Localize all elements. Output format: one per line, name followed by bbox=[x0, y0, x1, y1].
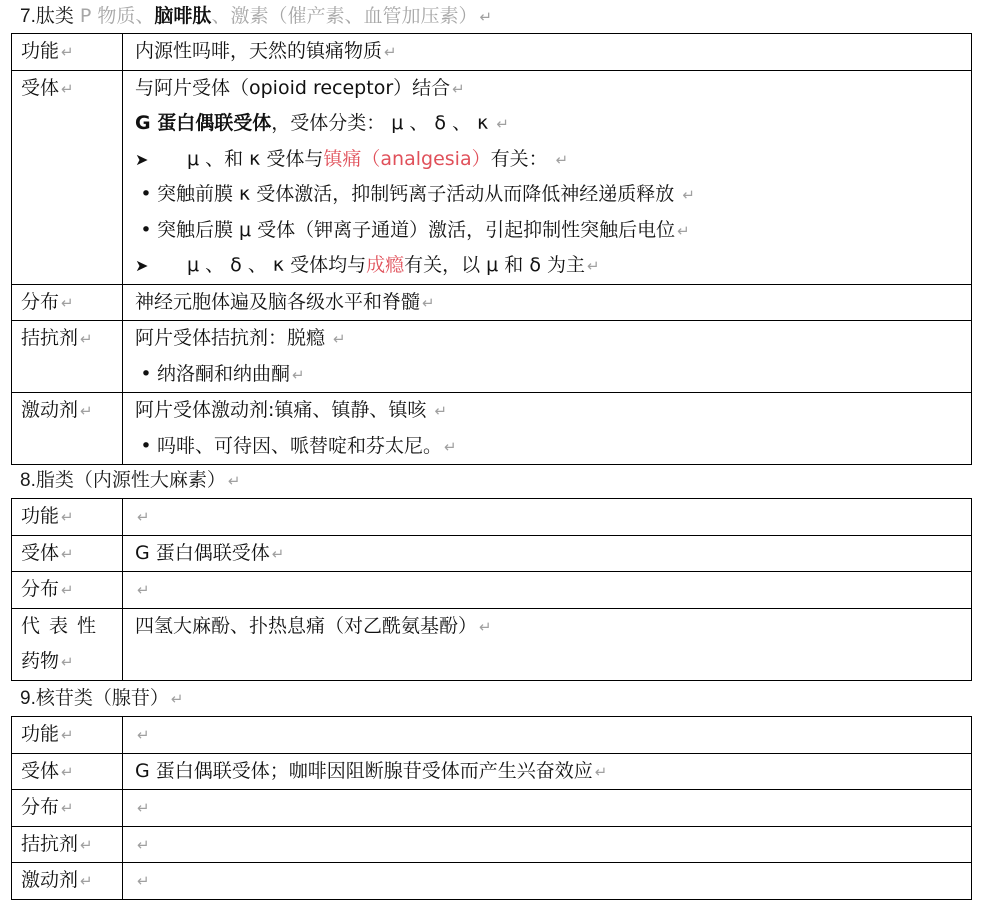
nucleoside-table: 功能↵ ↵ 受体↵ G 蛋白偶联受体；咖啡因阻断腺苷受体而产生兴奋效应↵ 分布↵… bbox=[11, 716, 972, 900]
content-text: 有关： bbox=[491, 148, 554, 170]
row-content-function: ↵ bbox=[123, 499, 972, 536]
row-label-receptor: 受体↵ bbox=[12, 70, 123, 284]
arrow-bullet-icon: ➤ bbox=[135, 248, 187, 283]
row-label-agonist: 激动剂↵ bbox=[12, 393, 123, 465]
content-line: •突触后膜 μ 受体（钾离子通道）激活，引起抑制性突触后电位↵ bbox=[135, 213, 971, 249]
dot-bullet-icon: • bbox=[135, 177, 157, 212]
table-row: 拮抗剂↵ 阿片受体拮抗剂：脱瘾 ↵ •纳洛酮和纳曲酮↵ bbox=[12, 321, 972, 393]
row-label-function: 功能↵ bbox=[12, 34, 123, 71]
paragraph-mark-icon: ↵ bbox=[61, 763, 74, 781]
heading-gray-text: P 物质、 bbox=[74, 5, 155, 27]
bold-text: G 蛋白偶联受体 bbox=[135, 112, 271, 134]
content-text: μ 、 δ 、 κ 受体均与 bbox=[187, 254, 366, 276]
section-title: 肽类 bbox=[36, 5, 74, 27]
section-9-heading: 9.核苷类（腺苷）↵ bbox=[20, 685, 183, 712]
content-line: 与阿片受体（opioid receptor）结合↵ bbox=[135, 71, 971, 107]
row-content-distribution: ↵ bbox=[123, 790, 972, 827]
section-title: 脂类（内源性大麻素） bbox=[36, 469, 226, 491]
row-label-function: 功能↵ bbox=[12, 499, 123, 536]
label-text: 受体 bbox=[21, 760, 59, 782]
content-text: 与阿片受体（opioid receptor）结合 bbox=[135, 77, 450, 99]
row-content-function: 内源性吗啡，天然的镇痛物质↵ bbox=[123, 34, 972, 71]
content-text: 阿片受体激动剂:镇痛、镇静、镇咳 bbox=[135, 399, 432, 421]
table-row: 分布↵ ↵ bbox=[12, 572, 972, 609]
dot-bullet-icon: • bbox=[135, 429, 157, 464]
row-label-representative-drugs: 代表性 药物↵ bbox=[12, 608, 123, 680]
row-content-distribution: ↵ bbox=[123, 572, 972, 609]
section-number: 7. bbox=[20, 6, 36, 27]
paragraph-mark-icon: ↵ bbox=[61, 799, 74, 817]
paragraph-mark-icon: ↵ bbox=[444, 438, 457, 456]
section-number: 9. bbox=[20, 688, 36, 709]
paragraph-mark-icon: ↵ bbox=[587, 257, 600, 275]
row-content-antagonist: 阿片受体拮抗剂：脱瘾 ↵ •纳洛酮和纳曲酮↵ bbox=[123, 321, 972, 393]
paragraph-mark-icon: ↵ bbox=[479, 618, 492, 636]
paragraph-mark-icon: ↵ bbox=[228, 472, 241, 490]
paragraph-mark-icon: ↵ bbox=[61, 80, 74, 98]
content-text: 阿片受体拮抗剂：脱瘾 bbox=[135, 327, 331, 349]
label-text: 功能 bbox=[21, 505, 59, 527]
lipid-table: 功能↵ ↵ 受体↵ G 蛋白偶联受体↵ 分布↵ ↵ 代表性 药物↵ 四氢大麻酚、… bbox=[11, 498, 972, 681]
label-text: 激动剂 bbox=[21, 399, 78, 421]
paragraph-mark-icon: ↵ bbox=[80, 872, 93, 890]
label-text: 受体 bbox=[21, 77, 59, 99]
content-text: 内源性吗啡，天然的镇痛物质 bbox=[135, 40, 382, 62]
paragraph-mark-icon: ↵ bbox=[61, 294, 74, 312]
section-title: 核苷类（腺苷） bbox=[36, 687, 169, 709]
row-content-agonist: ↵ bbox=[123, 863, 972, 900]
paragraph-mark-icon: ↵ bbox=[434, 402, 447, 420]
paragraph-mark-icon: ↵ bbox=[137, 836, 150, 854]
paragraph-mark-icon: ↵ bbox=[556, 151, 569, 169]
table-row: 受体↵ 与阿片受体（opioid receptor）结合↵ G 蛋白偶联受体，受… bbox=[12, 70, 972, 284]
row-content-receptor: 与阿片受体（opioid receptor）结合↵ G 蛋白偶联受体，受体分类：… bbox=[123, 70, 972, 284]
table-row: 受体↵ G 蛋白偶联受体↵ bbox=[12, 535, 972, 572]
paragraph-mark-icon: ↵ bbox=[496, 115, 509, 133]
content-text: G 蛋白偶联受体 bbox=[135, 542, 270, 564]
label-text: 分布 bbox=[21, 578, 59, 600]
paragraph-mark-icon: ↵ bbox=[479, 8, 492, 26]
row-label-function: 功能↵ bbox=[12, 717, 123, 754]
label-text: 激动剂 bbox=[21, 869, 78, 891]
content-line: ➤μ 、 δ 、 κ 受体均与成瘾有关，以 μ 和 δ 为主↵ bbox=[135, 248, 971, 284]
content-text: 吗啡、可待因、哌替啶和芬太尼。 bbox=[157, 435, 442, 457]
row-content-representative-drugs: 四氢大麻酚、扑热息痛（对乙酰氨基酚）↵ bbox=[123, 608, 972, 680]
table-row: 分布↵ ↵ bbox=[12, 790, 972, 827]
content-text: G 蛋白偶联受体；咖啡因阻断腺苷受体而产生兴奋效应 bbox=[135, 760, 593, 782]
paragraph-mark-icon: ↵ bbox=[137, 799, 150, 817]
content-line: •吗啡、可待因、哌替啶和芬太尼。↵ bbox=[135, 429, 971, 465]
section-8-heading: 8.脂类（内源性大麻素）↵ bbox=[20, 467, 240, 494]
row-content-agonist: 阿片受体激动剂:镇痛、镇静、镇咳 ↵ •吗啡、可待因、哌替啶和芬太尼。↵ bbox=[123, 393, 972, 465]
content-text: 纳洛酮和纳曲酮 bbox=[157, 363, 290, 385]
content-text: 突触前膜 κ 受体激活，抑制钙离子活动从而降低神经递质释放 bbox=[157, 183, 680, 205]
dot-bullet-icon: • bbox=[135, 213, 157, 248]
paragraph-mark-icon: ↵ bbox=[422, 294, 435, 312]
highlight-text: 镇痛（analgesia） bbox=[323, 148, 490, 170]
paragraph-mark-icon: ↵ bbox=[137, 508, 150, 526]
row-label-distribution: 分布↵ bbox=[12, 572, 123, 609]
label-text: 拮抗剂 bbox=[21, 833, 78, 855]
row-label-distribution: 分布↵ bbox=[12, 790, 123, 827]
content-text: 突触后膜 μ 受体（钾离子通道）激活，引起抑制性突触后电位 bbox=[157, 219, 675, 241]
row-label-receptor: 受体↵ bbox=[12, 535, 123, 572]
paragraph-mark-icon: ↵ bbox=[61, 726, 74, 744]
dot-bullet-icon: • bbox=[135, 357, 157, 392]
table-row: 激动剂↵ ↵ bbox=[12, 863, 972, 900]
row-content-function: ↵ bbox=[123, 717, 972, 754]
row-content-receptor: G 蛋白偶联受体；咖啡因阻断腺苷受体而产生兴奋效应↵ bbox=[123, 753, 972, 790]
content-text: 有关，以 μ 和 δ 为主 bbox=[404, 254, 585, 276]
row-content-distribution: 神经元胞体遍及脑各级水平和脊髓↵ bbox=[123, 284, 972, 321]
content-line: 阿片受体激动剂:镇痛、镇静、镇咳 ↵ bbox=[135, 393, 971, 429]
row-label-receptor: 受体↵ bbox=[12, 753, 123, 790]
paragraph-mark-icon: ↵ bbox=[677, 222, 690, 240]
content-line: ➤μ 、和 κ 受体与镇痛（analgesia）有关： ↵ bbox=[135, 142, 971, 178]
content-text: 四氢大麻酚、扑热息痛（对乙酰氨基酚） bbox=[135, 615, 477, 637]
paragraph-mark-icon: ↵ bbox=[61, 581, 74, 599]
row-label-agonist: 激动剂↵ bbox=[12, 863, 123, 900]
label-text: 药物 bbox=[21, 650, 59, 672]
content-line: 阿片受体拮抗剂：脱瘾 ↵ bbox=[135, 321, 971, 357]
row-label-distribution: 分布↵ bbox=[12, 284, 123, 321]
paragraph-mark-icon: ↵ bbox=[384, 43, 397, 61]
paragraph-mark-icon: ↵ bbox=[137, 726, 150, 744]
paragraph-mark-icon: ↵ bbox=[171, 690, 184, 708]
table-row: 功能↵ ↵ bbox=[12, 717, 972, 754]
paragraph-mark-icon: ↵ bbox=[137, 872, 150, 890]
paragraph-mark-icon: ↵ bbox=[292, 366, 305, 384]
content-line: •突触前膜 κ 受体激活，抑制钙离子活动从而降低神经递质释放 ↵ bbox=[135, 177, 971, 213]
label-text: 受体 bbox=[21, 542, 59, 564]
paragraph-mark-icon: ↵ bbox=[61, 653, 74, 671]
paragraph-mark-icon: ↵ bbox=[137, 581, 150, 599]
paragraph-mark-icon: ↵ bbox=[80, 836, 93, 854]
paragraph-mark-icon: ↵ bbox=[61, 508, 74, 526]
content-line: •纳洛酮和纳曲酮↵ bbox=[135, 357, 971, 393]
row-label-antagonist: 拮抗剂↵ bbox=[12, 321, 123, 393]
table-row: 功能↵ ↵ bbox=[12, 499, 972, 536]
table-row: 激动剂↵ 阿片受体激动剂:镇痛、镇静、镇咳 ↵ •吗啡、可待因、哌替啶和芬太尼。… bbox=[12, 393, 972, 465]
paragraph-mark-icon: ↵ bbox=[80, 330, 93, 348]
section-7-heading: 7.肽类 P 物质、脑啡肽、激素（催产素、血管加压素）↵ bbox=[20, 3, 492, 30]
paragraph-mark-icon: ↵ bbox=[80, 402, 93, 420]
label-text: 分布 bbox=[21, 796, 59, 818]
label-text: 功能 bbox=[21, 40, 59, 62]
paragraph-mark-icon: ↵ bbox=[682, 186, 695, 204]
table-row: 功能↵ 内源性吗啡，天然的镇痛物质↵ bbox=[12, 34, 972, 71]
table-row: 拮抗剂↵ ↵ bbox=[12, 826, 972, 863]
paragraph-mark-icon: ↵ bbox=[452, 80, 465, 98]
heading-gray-text: 、激素（催产素、血管加压素） bbox=[211, 5, 477, 27]
content-text: 神经元胞体遍及脑各级水平和脊髓 bbox=[135, 291, 420, 313]
paragraph-mark-icon: ↵ bbox=[333, 330, 346, 348]
label-text: 分布 bbox=[21, 291, 59, 313]
content-text: μ 、和 κ 受体与 bbox=[187, 148, 323, 170]
peptide-table: 功能↵ 内源性吗啡，天然的镇痛物质↵ 受体↵ 与阿片受体（opioid rece… bbox=[11, 33, 972, 465]
label-text: 功能 bbox=[21, 723, 59, 745]
paragraph-mark-icon: ↵ bbox=[61, 545, 74, 563]
highlight-text: 成瘾 bbox=[366, 254, 404, 276]
paragraph-mark-icon: ↵ bbox=[272, 545, 285, 563]
paragraph-mark-icon: ↵ bbox=[61, 43, 74, 61]
row-content-antagonist: ↵ bbox=[123, 826, 972, 863]
table-row: 受体↵ G 蛋白偶联受体；咖啡因阻断腺苷受体而产生兴奋效应↵ bbox=[12, 753, 972, 790]
heading-bold-text: 脑啡肽 bbox=[154, 5, 211, 27]
table-row: 分布↵ 神经元胞体遍及脑各级水平和脊髓↵ bbox=[12, 284, 972, 321]
label-text: 代表性 bbox=[21, 615, 105, 637]
table-row: 代表性 药物↵ 四氢大麻酚、扑热息痛（对乙酰氨基酚）↵ bbox=[12, 608, 972, 680]
label-text: 拮抗剂 bbox=[21, 327, 78, 349]
arrow-bullet-icon: ➤ bbox=[135, 142, 187, 177]
row-label-antagonist: 拮抗剂↵ bbox=[12, 826, 123, 863]
content-text: ，受体分类： μ 、 δ 、 κ bbox=[271, 112, 494, 134]
section-number: 8. bbox=[20, 470, 36, 491]
paragraph-mark-icon: ↵ bbox=[595, 763, 608, 781]
content-line: G 蛋白偶联受体，受体分类： μ 、 δ 、 κ ↵ bbox=[135, 106, 971, 142]
row-content-receptor: G 蛋白偶联受体↵ bbox=[123, 535, 972, 572]
